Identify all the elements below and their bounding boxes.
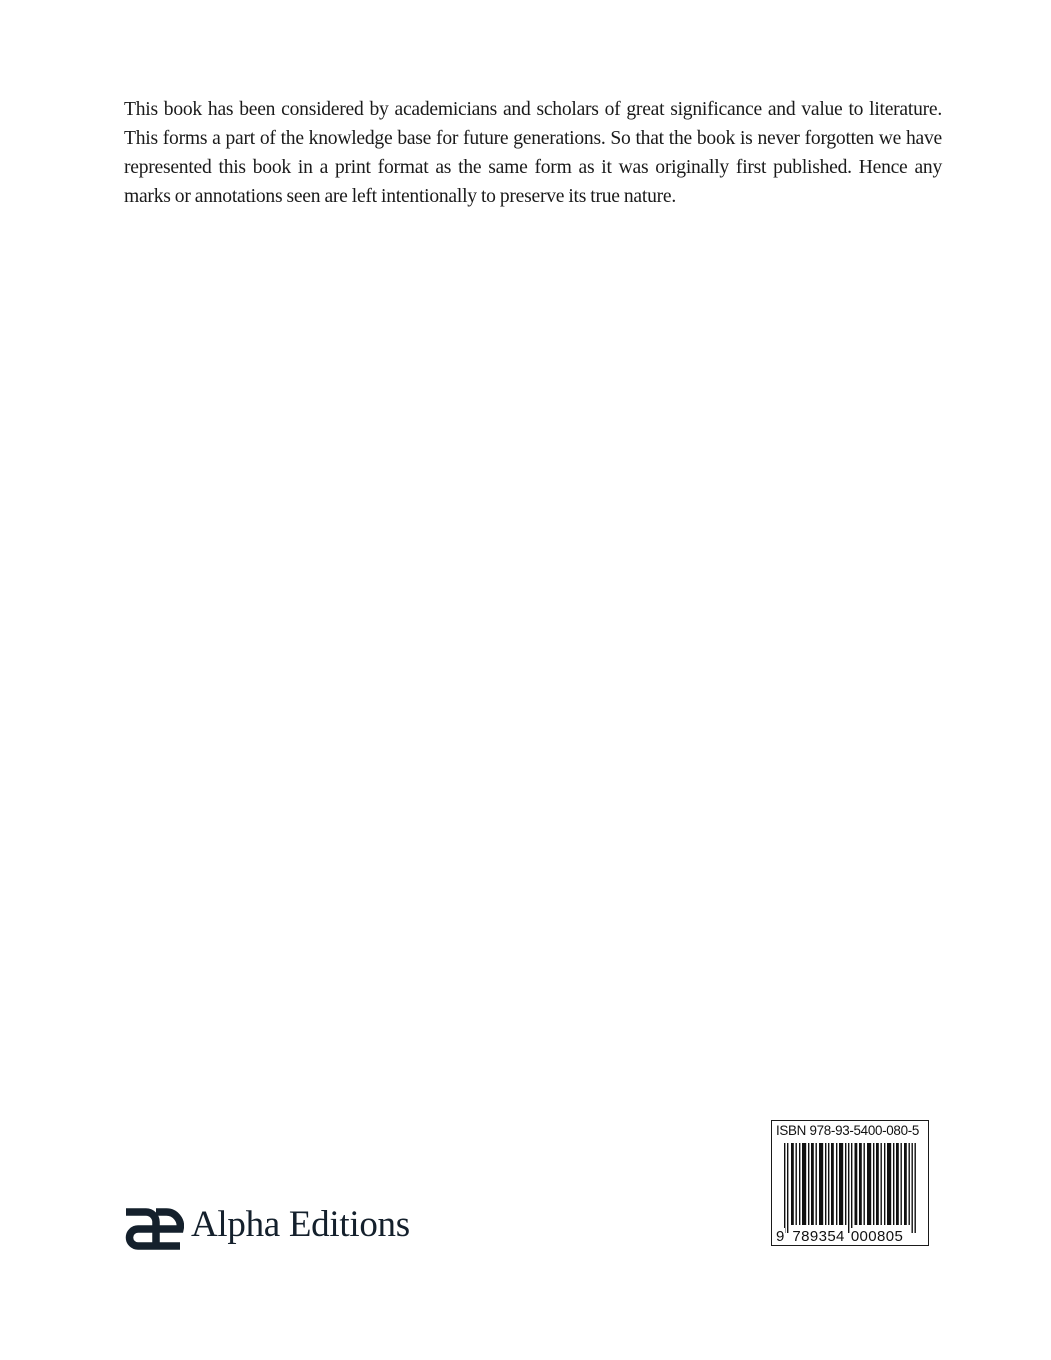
ean-right-group: 000805 bbox=[850, 1228, 904, 1245]
ean-left-group: 789354 bbox=[791, 1228, 845, 1245]
ean-digits: 9789354000805 bbox=[775, 1228, 904, 1245]
publisher-logo: Alpha Editions bbox=[122, 1198, 410, 1254]
publisher-name: Alpha Editions bbox=[191, 1206, 410, 1243]
ae-ligature-logo-icon bbox=[122, 1202, 184, 1250]
isbn-barcode: ISBN 978-93-5400-080-5 bbox=[771, 1120, 929, 1246]
isbn-label: ISBN 978-93-5400-080-5 bbox=[776, 1123, 919, 1138]
barcode-bars-icon bbox=[772, 1143, 928, 1233]
back-cover-blurb: This book has been considered by academi… bbox=[124, 95, 942, 211]
ean-first-digit: 9 bbox=[775, 1228, 785, 1245]
